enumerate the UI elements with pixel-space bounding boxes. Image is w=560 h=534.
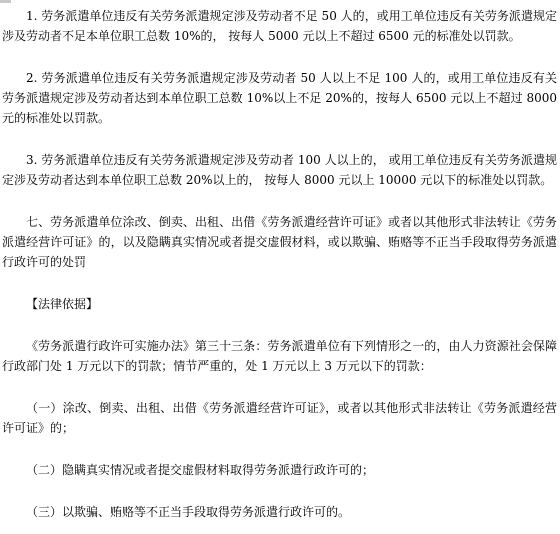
clause-1-paragraph: （一）涂改、倒卖、出租、出借《劳务派遣经营许可证》，或者以其他形式非法转让《劳务… <box>2 398 557 438</box>
article-33-paragraph: 《劳务派遣行政许可实施办法》第三十三条：劳务派遣单位有下列情形之一的，由人力资源… <box>2 336 557 376</box>
penalty-tier-3-paragraph: 3. 劳务派遣单位违反有关劳务派遣规定涉及劳动者 100 人以上的， 或用工单位… <box>2 150 557 190</box>
penalty-tier-1-paragraph: 1. 劳务派遣单位违反有关劳务派遣规定涉及劳动者不足 50 人的，或用工单位违反… <box>2 6 557 46</box>
legal-basis-label: 【法律依据】 <box>2 294 557 314</box>
penalty-tier-2-paragraph: 2. 劳务派遣单位违反有关劳务派遣规定涉及劳动者 50 人以上不足 100 人的… <box>2 68 557 128</box>
clause-3-paragraph: （三）以欺骗、贿赂等不正当手段取得劳务派遣行政许可的。 <box>2 502 557 522</box>
section-seven-title-paragraph: 七、劳务派遣单位涂改、倒卖、出租、出借《劳务派遣经营许可证》或者以其他形式非法转… <box>2 212 557 272</box>
legal-document-page: 1. 劳务派遣单位违反有关劳务派遣规定涉及劳动者不足 50 人的，或用工单位违反… <box>0 0 560 534</box>
screenshot-edge-artifact <box>0 0 11 3</box>
clause-2-paragraph: （二）隐瞒真实情况或者提交虚假材料取得劳务派遣行政许可的； <box>2 460 557 480</box>
